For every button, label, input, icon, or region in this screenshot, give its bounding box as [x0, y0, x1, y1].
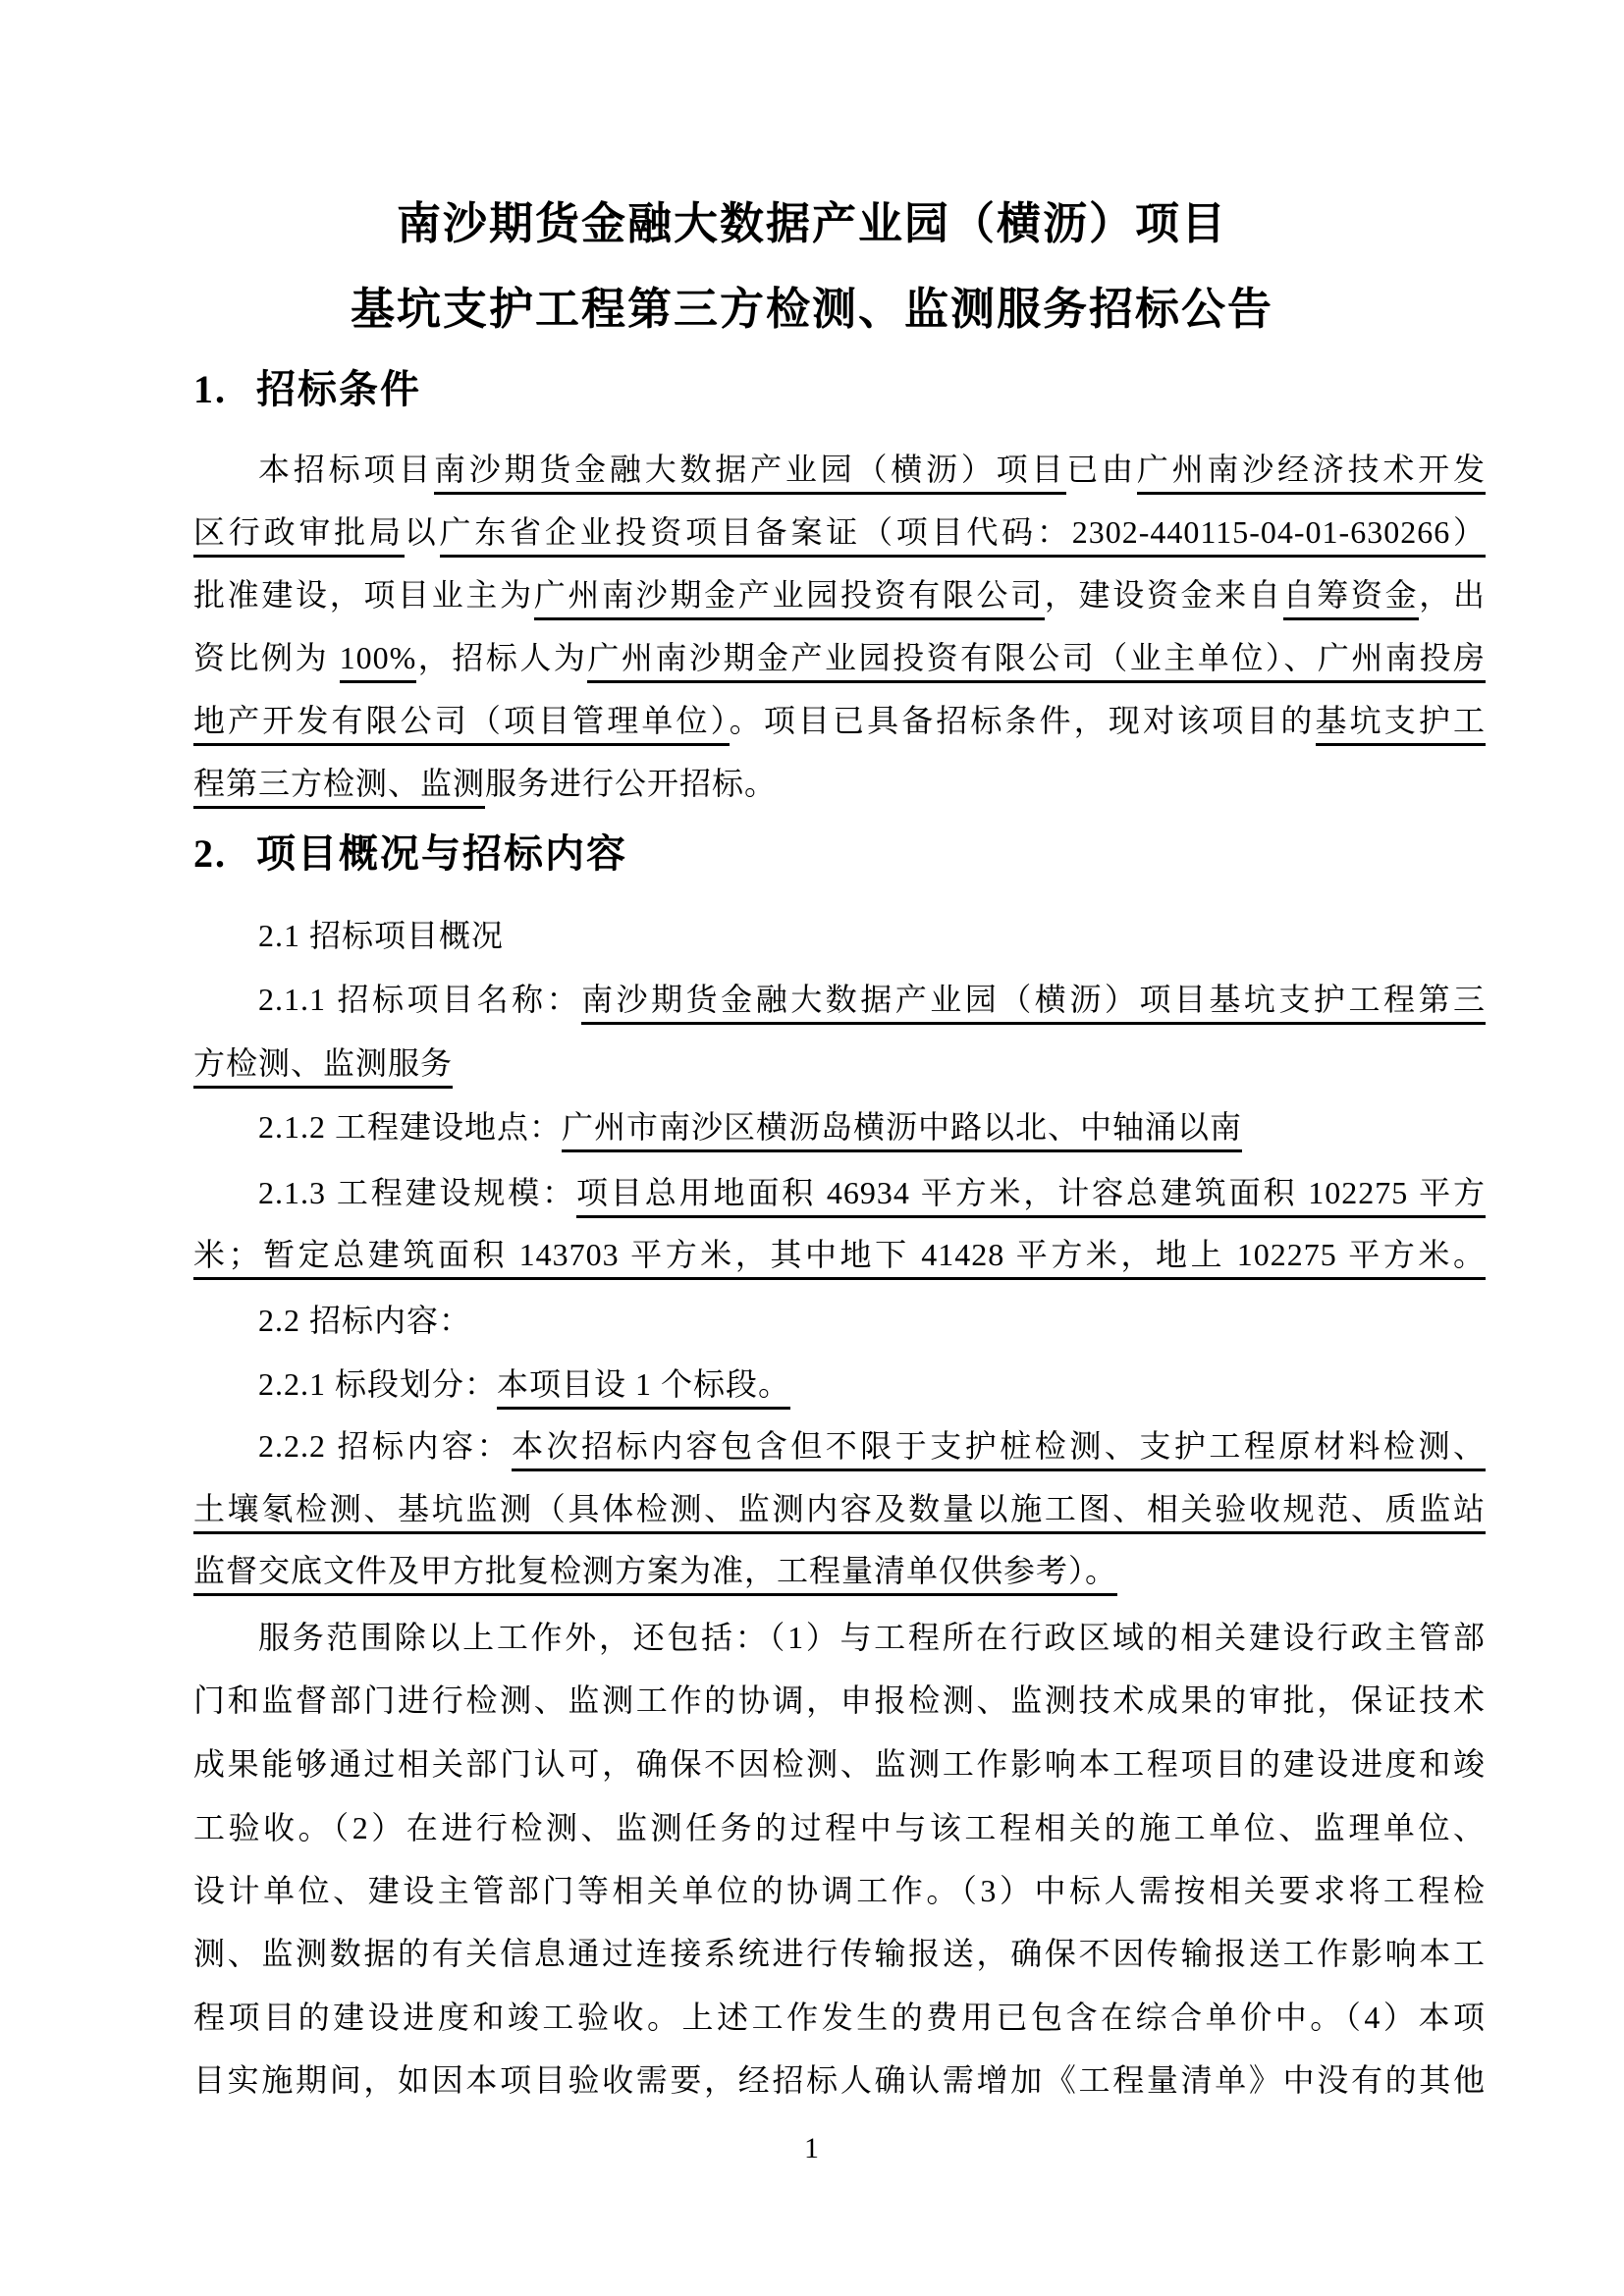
paragraph-line: 批准建设，项目业主为广州南沙期金产业园投资有限公司，建设资金来自自筹资金，出 — [193, 575, 1486, 614]
subsection-2-2-2-line: 监督交底文件及甲方批复检测方案为准，工程量清单仅供参考）。 — [193, 1551, 1486, 1590]
subsection-2-2-2-line: 2.2.2 招标内容：本次招标内容包含但不限于支护桩检测、支护工程原材料检测、 — [193, 1426, 1486, 1466]
underlined-text: 广州市南沙区横沥岛横沥中路以北、中轴涌以南 — [562, 1109, 1242, 1152]
text-run: 服务范围除以上工作外，还包括：（1）与工程所在行政区域的相关建设行政主管部 — [258, 1620, 1486, 1655]
subsection-2-1-3-line: 2.1.3 工程建设规模：项目总用地面积 46934 平方米，计容总建筑面积 1… — [193, 1173, 1486, 1212]
service-scope-line: 门和监督部门进行检测、监测工作的协调，申报检测、监测技术成果的审批，保证技术 — [193, 1681, 1486, 1720]
underlined-text: 本项目设 1 个标段。 — [497, 1366, 790, 1410]
subsection-2-1-3-line: 米；暂定总建筑面积 143703 平方米，其中地下 41428 平方米，地上 1… — [193, 1235, 1486, 1274]
section-2-heading: 2.项目概况与招标内容 — [193, 829, 1486, 879]
subsection-2-1-1-line: 方检测、监测服务 — [193, 1043, 1486, 1083]
underlined-text: 程第三方检测、监测 — [193, 766, 485, 809]
text-run: 1. — [193, 365, 256, 414]
paragraph-line: 地产开发有限公司（项目管理单位）。项目已具备招标条件，现对该项目的基坑支护工 — [193, 701, 1486, 740]
underlined-text: 监督交底文件及甲方批复检测方案为准，工程量清单仅供参考）。 — [193, 1553, 1117, 1596]
doc-title-line1: 南沙期货金融大数据产业园（横沥）项目 — [0, 196, 1624, 251]
text-run: 南沙期货金融大数据产业园（横沥）项目 — [397, 199, 1227, 248]
text-run: 以 — [405, 514, 440, 550]
underlined-text: 南沙期货金融大数据产业园（横沥）项目基坑支护工程第三 — [581, 982, 1486, 1025]
text-run: 工验收。（2）在进行检测、监测任务的过程中与该工程相关的施工单位、监理单位、 — [193, 1810, 1486, 1845]
underlined-text: 100% — [340, 640, 417, 683]
underlined-text: 项目总用地面积 46934 平方米，计容总建筑面积 102275 平方 — [576, 1175, 1486, 1218]
text-run: 。项目已具备招标条件，现对该项目的 — [730, 703, 1316, 738]
text-run: 程项目的建设进度和竣工验收。上述工作发生的费用已包含在综合单价中。（4）本项 — [193, 2000, 1486, 2035]
underlined-text: 自筹资金 — [1283, 577, 1420, 620]
page-number: 1 — [0, 2130, 1624, 2167]
subsection-2-1-2-line: 2.1.2 工程建设地点：广州市南沙区横沥岛横沥中路以北、中轴涌以南 — [193, 1107, 1486, 1147]
text-run: 门和监督部门进行检测、监测工作的协调，申报检测、监测技术成果的审批，保证技术 — [193, 1682, 1486, 1718]
subsection-2-1-line: 2.1 招标项目概况 — [193, 916, 1486, 955]
subsection-2-2-2-line: 土壤氡检测、基坑监测（具体检测、监测内容及数量以施工图、相关验收规范、质监站 — [193, 1489, 1486, 1528]
text-run: 批准建设，项目业主为 — [193, 577, 534, 613]
service-scope-line: 成果能够通过相关部门认可，确保不因检测、监测工作影响本工程项目的建设进度和竣 — [193, 1744, 1486, 1784]
service-scope-line: 目实施期间，如因本项目验收需要，经招标人确认需增加《工程量清单》中没有的其他 — [193, 2060, 1486, 2100]
text-run: ，招标人为 — [416, 640, 587, 675]
subsection-2-1-1-line: 2.1.1 招标项目名称：南沙期货金融大数据产业园（横沥）项目基坑支护工程第三 — [193, 980, 1486, 1019]
underlined-text: 基坑支护工 — [1316, 703, 1486, 746]
text-run: 2. — [193, 829, 256, 879]
text-run: ，出 — [1419, 577, 1486, 613]
text-run: 2.2.1 标段划分： — [258, 1366, 497, 1402]
underlined-text: 广州南沙期金产业园投资有限公司 — [534, 577, 1045, 620]
text-run: 目实施期间，如因本项目验收需要，经招标人确认需增加《工程量清单》中没有的其他 — [193, 2062, 1486, 2098]
text-run: 2.1.1 招标项目名称： — [258, 982, 581, 1017]
section-1-heading: 1.招标条件 — [193, 365, 1486, 414]
subsection-2-2-1-line: 2.2.1 标段划分：本项目设 1 个标段。 — [193, 1364, 1486, 1404]
subsection-2-2-line: 2.2 招标内容： — [193, 1301, 1486, 1340]
service-scope-line: 程项目的建设进度和竣工验收。上述工作发生的费用已包含在综合单价中。（4）本项 — [193, 1998, 1486, 2037]
text-run: 1 — [804, 2132, 820, 2164]
service-scope-line: 设计单位、建设主管部门等相关单位的协调工作。（3）中标人需按相关要求将工程检 — [193, 1871, 1486, 1910]
text-run: ，建设资金来自 — [1045, 577, 1283, 613]
text-run: 测、监测数据的有关信息通过连接系统进行传输报送，确保不因传输报送工作影响本工 — [193, 1936, 1486, 1971]
underlined-text: 广州南沙期金产业园投资有限公司（业主单位）、广州南投房 — [587, 640, 1486, 683]
service-scope-line: 工验收。（2）在进行检测、监测任务的过程中与该工程相关的施工单位、监理单位、 — [193, 1808, 1486, 1847]
text-run: 招标条件 — [256, 367, 421, 411]
text-run: 2.2.2 招标内容： — [258, 1428, 512, 1464]
text-run: 项目概况与招标内容 — [256, 831, 627, 876]
underlined-text: 土壤氡检测、基坑监测（具体检测、监测内容及数量以施工图、相关验收规范、质监站 — [193, 1491, 1486, 1534]
underlined-text: 区行政审批局 — [193, 514, 405, 558]
underlined-text: 地产开发有限公司（项目管理单位） — [193, 703, 730, 746]
paragraph-line: 区行政审批局以广东省企业投资项目备案证（项目代码：2302-440115-04-… — [193, 512, 1486, 552]
paragraph-line: 本招标项目南沙期货金融大数据产业园（横沥）项目已由广州南沙经济技术开发 — [193, 450, 1486, 489]
underlined-text: 广州南沙经济技术开发 — [1137, 452, 1486, 495]
document-page: 南沙期货金融大数据产业园（横沥）项目基坑支护工程第三方检测、监测服务招标公告1.… — [0, 0, 1624, 2296]
service-scope-line: 服务范围除以上工作外，还包括：（1）与工程所在行政区域的相关建设行政主管部 — [193, 1618, 1486, 1657]
text-run: 基坑支护工程第三方检测、监测服务招标公告 — [351, 285, 1273, 334]
text-run: 资比例为 — [193, 640, 340, 675]
text-run: 2.1.2 工程建设地点： — [258, 1109, 562, 1145]
underlined-text: 南沙期货金融大数据产业园（横沥）项目 — [434, 452, 1066, 495]
paragraph-line: 资比例为 100%，招标人为广州南沙期金产业园投资有限公司（业主单位）、广州南投… — [193, 638, 1486, 677]
text-run: 服务进行公开招标。 — [485, 766, 777, 801]
text-run: 设计单位、建设主管部门等相关单位的协调工作。（3）中标人需按相关要求将工程检 — [193, 1873, 1486, 1908]
text-run: 2.1.3 工程建设规模： — [258, 1175, 576, 1210]
underlined-text: 广东省企业投资项目备案证（项目代码：2302-440115-04-01-6302… — [440, 514, 1486, 558]
paragraph-line: 程第三方检测、监测服务进行公开招标。 — [193, 764, 1486, 803]
underlined-text: 方检测、监测服务 — [193, 1045, 453, 1089]
text-run: 本招标项目 — [258, 452, 434, 487]
text-run: 2.2 招标内容： — [258, 1303, 471, 1338]
text-run: 已由 — [1066, 452, 1137, 487]
doc-title-line2: 基坑支护工程第三方检测、监测服务招标公告 — [0, 282, 1624, 337]
text-run: 2.1 招标项目概况 — [258, 918, 504, 953]
service-scope-line: 测、监测数据的有关信息通过连接系统进行传输报送，确保不因传输报送工作影响本工 — [193, 1934, 1486, 1973]
text-run: 成果能够通过相关部门认可，确保不因检测、监测工作影响本工程项目的建设进度和竣 — [193, 1746, 1486, 1782]
underlined-text: 本次招标内容包含但不限于支护桩检测、支护工程原材料检测、 — [512, 1428, 1486, 1471]
underlined-text: 米；暂定总建筑面积 143703 平方米，其中地下 41428 平方米，地上 1… — [193, 1237, 1486, 1280]
